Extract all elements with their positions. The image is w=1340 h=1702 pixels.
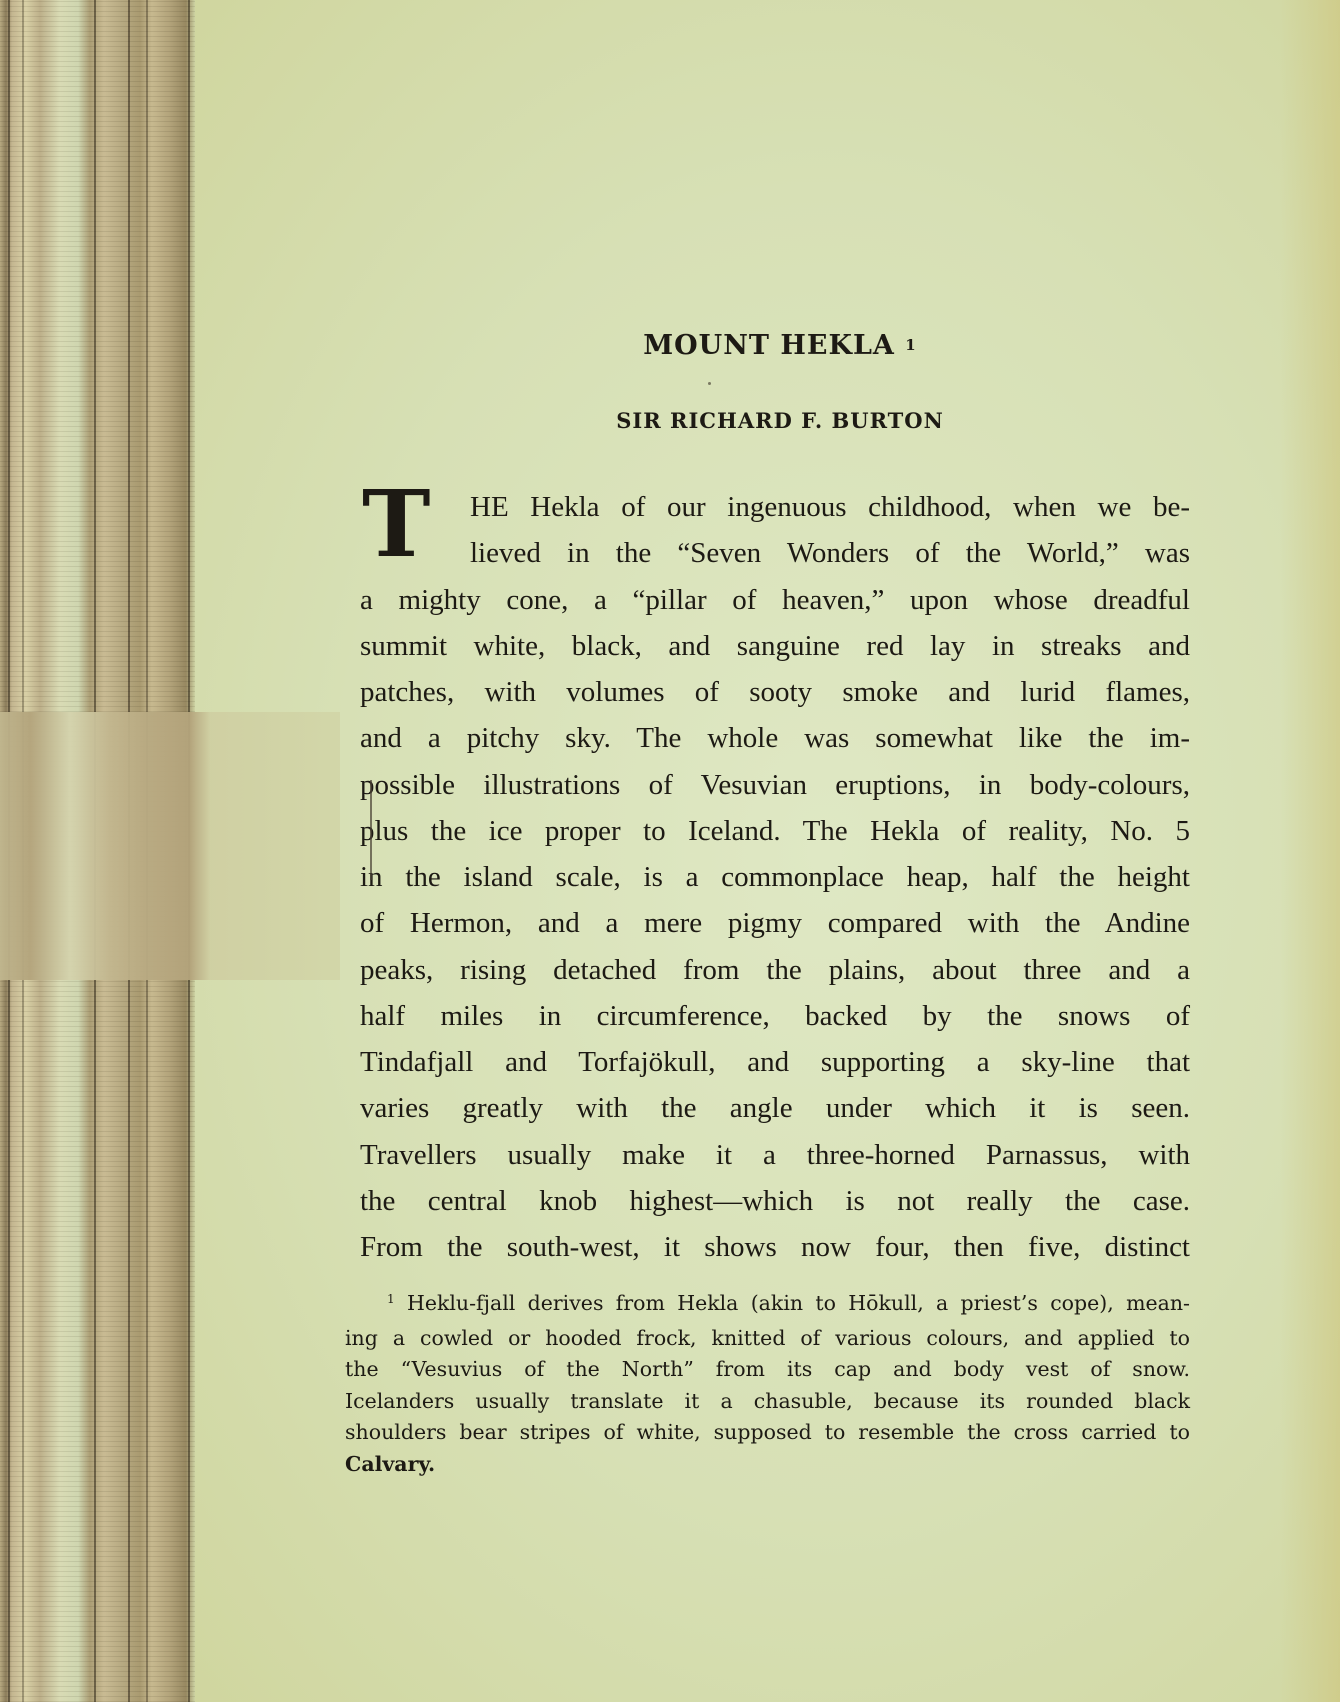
body-line: half miles in circumference, backed by t… [360,993,1190,1039]
body-line: Travellers usually make it a three-horne… [360,1132,1190,1178]
body-line: the central knob highest—which is not re… [360,1178,1190,1224]
body-line: HE Hekla of our ingenuous childhood, whe… [360,484,1190,530]
footnote-line-text: Heklu-fjall derives from Hekla (akin to … [407,1291,1190,1315]
body-line: From the south-west, it shows now four, … [360,1224,1190,1270]
scan-distortion-band [0,712,340,980]
footnote-line: shoulders bear stripes of white, suppose… [345,1417,1190,1449]
body-line: plus the ice proper to Iceland. The Hekl… [360,808,1190,854]
body-line: Tindafjall and Torfajökull, and supporti… [360,1039,1190,1085]
body-line: in the island scale, is a commonplace he… [360,854,1190,900]
body-line: a mighty cone, a “pillar of heaven,” upo… [360,577,1190,623]
body-line: and a pitchy sky. The whole was somewhat… [360,715,1190,761]
body-line: lieved in the “Seven Wonders of the Worl… [360,530,1190,576]
body-line: possible illustrations of Vesuvian erupt… [360,762,1190,808]
paper-speck [708,382,711,385]
footnote-line: the “Vesuvius of the North” from its cap… [345,1354,1190,1386]
chapter-title-text: MOUNT HEKLA [643,330,895,361]
scan-margin-artifact [370,780,372,880]
title-footnote-marker: 1 [905,336,916,354]
body-line: of Hermon, and a mere pigmy compared wit… [360,900,1190,946]
footnote-line: Icelanders usually translate it a chasub… [345,1386,1190,1418]
footnote-line: 1 Heklu-fjall derives from Hekla (akin t… [345,1288,1190,1323]
chapter-title: MOUNT HEKLA 1 [560,330,1000,361]
author-byline: SIR RICHARD F. BURTON [540,408,1020,433]
footnote-line: Calvary. [345,1449,1190,1481]
body-line: patches, with volumes of sooty smoke and… [360,669,1190,715]
body-line: peaks, rising detached from the plains, … [360,947,1190,993]
footnote-line: ing a cowled or hooded frock, knitted of… [345,1323,1190,1355]
body-paragraph: HE Hekla of our ingenuous childhood, whe… [360,484,1190,1270]
footnote: 1 Heklu-fjall derives from Hekla (akin t… [345,1288,1190,1480]
body-line: summit white, black, and sanguine red la… [360,623,1190,669]
footnote-marker: 1 [387,1292,395,1306]
body-line: varies greatly with the angle under whic… [360,1085,1190,1131]
